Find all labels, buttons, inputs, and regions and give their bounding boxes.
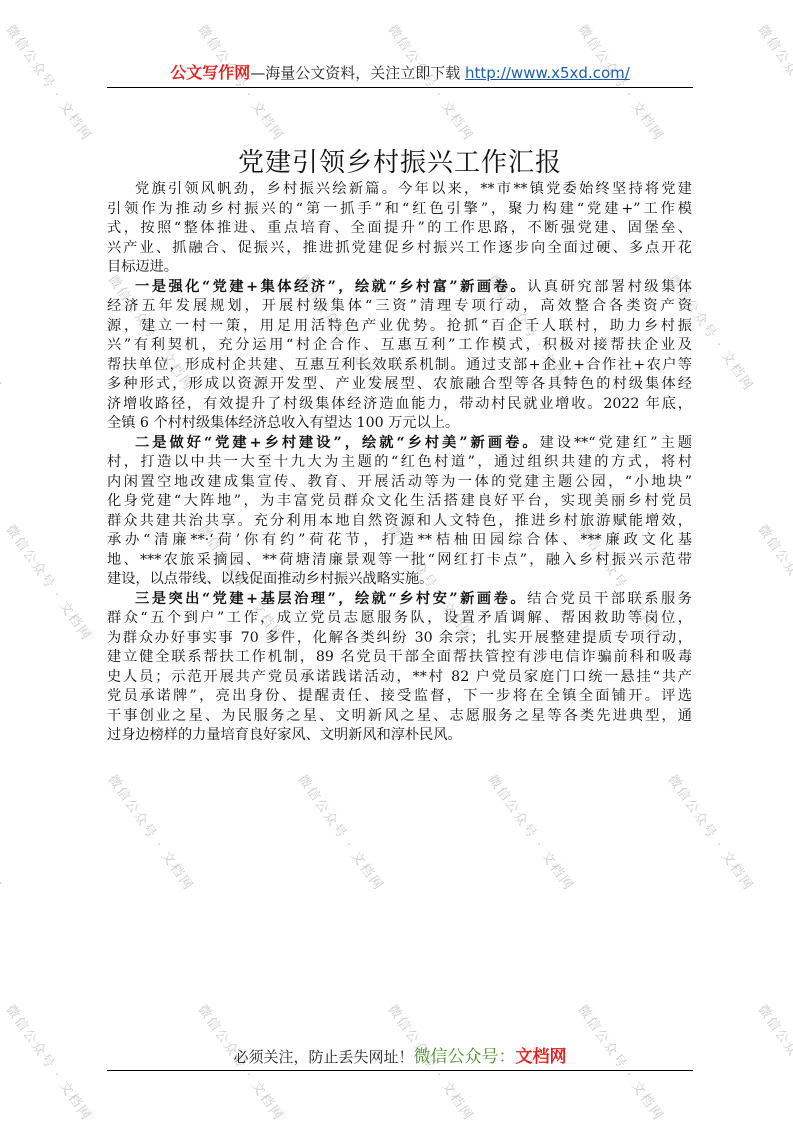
watermark-text: 微信公众号 · 文档网 [2, 520, 97, 644]
header-rule [107, 87, 693, 88]
document-title: 党建引领乡村振兴工作汇报 [107, 142, 693, 179]
footer-account-name: 文档网 [516, 1047, 567, 1067]
text-line: 经济五年发展规划，开展村级集体“三资”清理专项行动，高效整合各类资产资 [107, 297, 692, 317]
paragraph-grassroots-governance: 三是突出“党建+基层治理”，绘就“乡村安”新画卷。结合党员干部联系服务 群众“五… [107, 590, 692, 746]
text-line: 帮扶单位，形成村企共建、互惠互利长效联系机制。通过支部+企业+合作社+农户等 [107, 356, 692, 376]
text-line: 化身党建“大阵地”，为丰富党员群众文化生活搭建良好平台，实现美丽乡村党员 [107, 492, 692, 512]
text-line: 史人员；示范开展共产党员承诺践诺活动，**村 82 户党员家庭门口统一悬挂“共产 [107, 668, 692, 688]
text-line: 群众共建共治共享。充分利用本地自然资源和人文特色，推进乡村旅游赋能增效， [107, 512, 692, 532]
header-brand: 公文写作网 [170, 63, 250, 82]
text-line: 群众“五个到户”工作，成立党员志愿服务队，设置矛盾调解、帮困救助等岗位， [107, 609, 692, 629]
text-line: 建设，以点带线、以线促面推动乡村振兴战略实施。 [107, 570, 692, 590]
text-line: 三是突出“党建+基层治理”，绘就“乡村安”新画卷。结合党员干部联系服务 [107, 590, 692, 610]
header-tagline: —海量公文资料，关注立即下载 [250, 64, 465, 82]
paragraph-lead-rest: 结合党员干部联系服务 [527, 591, 692, 607]
footer-wechat-label: 微信公众号： [414, 1047, 516, 1067]
text-line: 兴”有利契机，充分运用“村企合作、互惠互利”工作模式，积极对接帮扶企业及 [107, 336, 692, 356]
text-line: 一是强化“党建+集体经济”，绘就“乡村富”新画卷。认真研究部署村级集体 [107, 278, 692, 298]
text-line: 兴产业、抓融合、促振兴，推进抓党建促乡村振兴工作逐步向全面过硬、多点开花 [107, 239, 692, 259]
text-line: 为群众办好事实事 70 多件，化解各类纠纷 30 余宗；扎实开展整建提质专项行动… [107, 629, 692, 649]
footer-rule [107, 1070, 693, 1071]
page-footer: 必须关注，防止丢失网址！微信公众号：文档网 [107, 1042, 693, 1067]
text-line: 建立健全联系帮扶工作机制，89 名党员干部全面帮扶管控有涉电信诈骗前科和吸毒 [107, 648, 692, 668]
text-line: 济增收路径，有效提升了村级集体经济造血能力，带动村民就业增收。2022 年底， [107, 395, 692, 415]
text-line: 过身边榜样的力量培育良好家风、文明新风和淳朴民风。 [107, 726, 692, 746]
text-line: 内闲置空地改建成集宣传、教育、开展活动等为一体的党建主题公园，“小地块” [107, 473, 692, 493]
text-line: 二是做好“党建+乡村建设”，绘就“乡村美”新画卷。建设**“党建红”主题 [107, 434, 692, 454]
watermark-text: 微信公众号 · 文档网 [0, 770, 7, 894]
footer-notice: 必须关注，防止丢失网址！ [233, 1048, 413, 1066]
text-line: 承办“清廉**·‘荷’你有约”荷花节，打造**桔柚田园综合体、***廉政文化基 [107, 531, 692, 551]
watermark-text: 微信公众号 · 文档网 [104, 770, 199, 894]
text-line: 源，建立一村一策，用足用活特色产业优势。抢抓“百企千人联村，助力乡村振 [107, 317, 692, 337]
watermark-text: 微信公众号 · 文档网 [2, 20, 97, 144]
paragraph-lead: 一是强化“党建+集体经济”，绘就“乡村富”新画卷。 [135, 279, 527, 295]
paragraph-lead-rest: 认真研究部署村级集体 [527, 279, 692, 295]
watermark-text: 微信公众号 · 文档网 [484, 770, 579, 894]
watermark-text: 微信公众号 · 文档网 [754, 520, 793, 644]
watermark-text: 微信公众号 · 文档网 [0, 270, 7, 394]
text-line: 式，按照“整体推进、重点培育、全面提升”的工作思路，不断强党建、固堡垒、 [107, 219, 692, 239]
text-line: 多种形式，形成以资源开发型、产业发展型、农旅融合型等各具特色的村级集体经 [107, 375, 692, 395]
header-url-link[interactable]: http://www.x5xd.com/ [465, 64, 630, 82]
paragraph-intro: 党旗引领风帆劲，乡村振兴绘新篇。今年以来，**市**镇党委始终坚持将党建 引领作… [107, 180, 692, 278]
watermark-text: 微信公众号 · 文档网 [294, 770, 389, 894]
text-line: 全镇 6 个村村级集体经济总收入有望达 100 万元以上。 [107, 414, 692, 434]
paragraph-collective-economy: 一是强化“党建+集体经济”，绘就“乡村富”新画卷。认真研究部署村级集体 经济五年… [107, 278, 692, 434]
text-line: 村，打造以中共一大至十九大为主题的“红色村道”，通过组织共建的方式，将村 [107, 453, 692, 473]
watermark-text: 微信公众号 · 文档网 [754, 20, 793, 144]
text-line: 党旗引领风帆劲，乡村振兴绘新篇。今年以来，**市**镇党委始终坚持将党建 [107, 180, 692, 200]
paragraph-lead: 三是突出“党建+基层治理”，绘就“乡村安”新画卷。 [135, 591, 527, 607]
paragraph-lead-rest: 建设**“党建红”主题 [540, 435, 692, 451]
watermark-text: 微信公众号 · 文档网 [2, 1000, 97, 1121]
text-line: 目标迈进。 [107, 258, 692, 278]
watermark-text: 微信公众号 · 文档网 [754, 1000, 793, 1121]
document-body: 党旗引领风帆劲，乡村振兴绘新篇。今年以来，**市**镇党委始终坚持将党建 引领作… [107, 180, 692, 746]
paragraph-rural-construction: 二是做好“党建+乡村建设”，绘就“乡村美”新画卷。建设**“党建红”主题 村，打… [107, 434, 692, 590]
text-line: 干事创业之星、为民服务之星、文明新风之星、志愿服务之星等各类先进典型，通 [107, 707, 692, 727]
page-header: 公文写作网—海量公文资料，关注立即下载 http://www.x5xd.com/ [107, 60, 693, 83]
text-line: 引领作为推动乡村振兴的“第一抓手”和“红色引擎”，聚力构建“党建+”工作模 [107, 200, 692, 220]
text-line: 地、***农旅采摘园、**荷塘清廉景观等一批“网红打卡点”，融入乡村振兴示范带 [107, 551, 692, 571]
text-line: 党员承诺牌”，亮出身份、提醒责任、接受监督，下一步将在全镇全面铺开。评选 [107, 687, 692, 707]
paragraph-lead: 二是做好“党建+乡村建设”，绘就“乡村美”新画卷。 [135, 435, 540, 451]
watermark-text: 微信公众号 · 文档网 [664, 770, 759, 894]
